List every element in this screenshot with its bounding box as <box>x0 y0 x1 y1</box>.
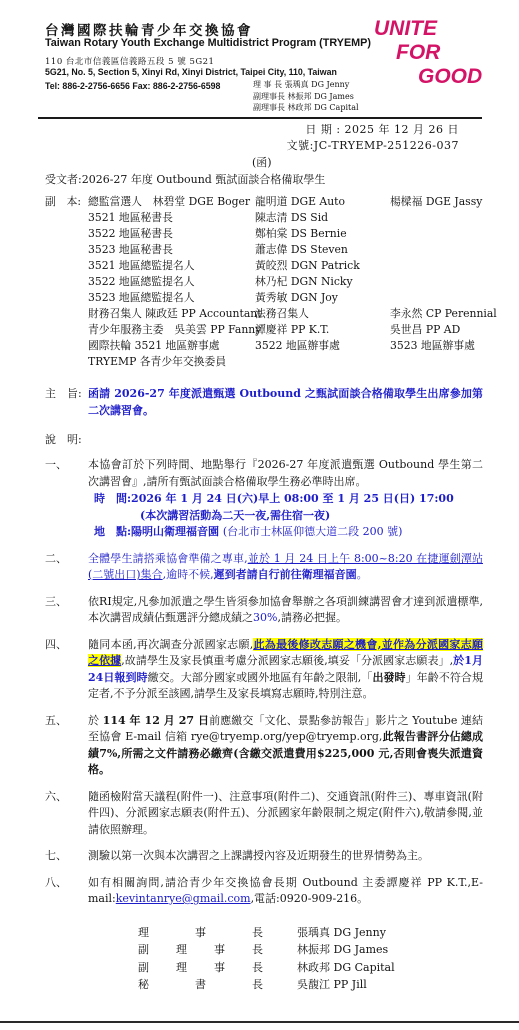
cc-row: TRYEMP 各青少年交換委員 <box>88 354 497 370</box>
item-number: 六、 <box>45 789 88 839</box>
recipient-label: 受文者: <box>45 173 82 186</box>
email-link[interactable]: kevintanrye@gmail.com <box>116 892 251 905</box>
time-place-block: 時 間:2026 年 1 月 24 日(六)早上 08:00 至 1 月 25 … <box>88 491 483 541</box>
text-run: 隨同本函,再次調查分派國家志願, <box>88 638 253 651</box>
officer-line: 理 事 長 張瑀真 DG Jenny <box>253 79 359 91</box>
sub-line: 時 間:2026 年 1 月 24 日(六)早上 08:00 至 1 月 25 … <box>88 491 483 508</box>
cc-cell <box>390 290 497 306</box>
signature-name: 林振邦 DG James <box>297 941 388 959</box>
cc-cell: 青少年服務主委 吳美雲 PP Fanny <box>88 322 255 338</box>
doc-type: (函) <box>252 154 483 170</box>
cc-cell <box>390 354 497 370</box>
explanation-item: 二、全體學生請搭乘協會準備之專車,並於 1 月 24 日上午 8:00~8:20… <box>45 551 483 584</box>
cc-row: 3523 地區秘書長蕭志偉 DS Steven <box>88 242 497 258</box>
explanation-item: 七、測驗以第一次與本次講習之上課講授內容及近期發生的世界情勢為主。 <box>45 848 483 865</box>
cc-cell: 總監當選人 林碧堂 DGE Boger <box>88 194 255 210</box>
cc-cell: 3523 地區總監提名人 <box>88 290 255 306</box>
sub-line: (本次講習活動為二天一夜,需住宿一夜) <box>88 508 483 525</box>
item-number: 二、 <box>45 551 88 584</box>
cc-cell <box>390 210 497 226</box>
cc-cell <box>390 274 497 290</box>
signature-name: 吳馥江 PP Jill <box>297 976 367 994</box>
text-run: 出發時 <box>372 671 405 684</box>
explanation-item: 八、如有相關詢問,請洽青少年交換協會長期 Outbound 主委譚慶祥 PP K… <box>45 875 483 908</box>
cc-row: 3522 地區總監提名人林乃杞 DGN Nicky <box>88 274 497 290</box>
item-number: 三、 <box>45 594 88 627</box>
item-text: 全體學生請搭乘協會準備之專車,並於 1 月 24 日上午 8:00~8:20 在… <box>88 551 483 584</box>
text-run: 隨函檢附當天議程(附件一)、注意事項(附件二)、交通資訊(附件三)、專車資訊(附… <box>88 790 483 836</box>
header-divider <box>38 117 482 119</box>
address-zh: 110 台北市信義區信義路五段 5 號 5G21 <box>45 55 214 67</box>
text-run: 測驗以第一次與本次講習之上課講授內容及近期發生的世界情勢為主。 <box>88 849 429 862</box>
signature-title: 理 事 長 <box>138 924 263 942</box>
signature-block: 理 事 長張瑀真 DG Jenny副 理 事 長林振邦 DG James副 理 … <box>138 924 483 994</box>
cc-cell: 龍明道 DGE Auto <box>255 194 390 210</box>
logo-line: UNITE <box>374 17 482 41</box>
logo-line: GOOD <box>418 65 482 89</box>
cc-cell: 李永然 CP Perennial <box>390 306 497 322</box>
address-en: 5G21, No. 5, Section 5, Xinyi Rd, Xinyi … <box>45 67 337 77</box>
item-number: 四、 <box>45 637 88 703</box>
logo-line: FOR <box>396 41 482 65</box>
cc-row: 財務召集人 陳政廷 PP Accountant法務召集人李永然 CP Peren… <box>88 306 497 322</box>
signature-row: 副 理 事 長林振邦 DG James <box>138 941 483 959</box>
cc-cell <box>255 354 390 370</box>
unite-for-good-logo: UNITEFORGOOD <box>374 17 482 89</box>
item-text: 依RI規定,凡參加派遣之學生皆須參加協會舉辦之各項訓練講習會才達到派遣標準,本次… <box>88 594 483 627</box>
text-run: 時 間:2026 年 1 月 24 日(六)早上 08:00 至 1 月 25 … <box>94 492 454 505</box>
item-text: 隨同本函,再次調查分派國家志願,此為最後修改志願之機會,並作為分派國家志願之依據… <box>88 637 483 703</box>
cc-row: 3523 地區總監提名人黃秀敏 DGN Joy <box>88 290 497 306</box>
cc-cell <box>390 226 497 242</box>
text-run: ,請務必把握。 <box>277 611 347 624</box>
sub-line: 地 點:陽明山衛理福音園 (台北市士林區仰德大道二段 200 號) <box>88 524 483 541</box>
cc-cell: TRYEMP 各青少年交換委員 <box>88 354 255 370</box>
item-text: 隨函檢附當天議程(附件一)、注意事項(附件二)、交通資訊(附件三)、專車資訊(附… <box>88 789 483 839</box>
item-number: 七、 <box>45 848 88 865</box>
cc-row: 國際扶輪 3521 地區辦事處3522 地區辦事處3523 地區辦事處 <box>88 338 497 354</box>
officer-line: 副理事長 林政邦 DG Capital <box>253 102 359 114</box>
text-run: 繳交。大部分國家或國外地區有年齡之限制,「 <box>148 671 373 684</box>
org-name-en: Taiwan Rotary Youth Exchange Multidistri… <box>45 37 371 49</box>
cc-cell: 譚慶祥 PP K.T. <box>255 322 390 338</box>
explanation-item: 六、隨函檢附當天議程(附件一)、注意事項(附件二)、交通資訊(附件三)、專車資訊… <box>45 789 483 839</box>
text-run: 於 <box>88 714 103 727</box>
cc-cell: 蕭志偉 DS Steven <box>255 242 390 258</box>
tel-fax-line: Tel: 886-2-2756-6656 Fax: 886-2-2756-659… <box>45 81 220 91</box>
item-text: 測驗以第一次與本次講習之上課講授內容及近期發生的世界情勢為主。 <box>88 848 483 865</box>
text-run: (本次講習活動為二天一夜,需住宿一夜) <box>140 509 330 522</box>
item-text: 如有相關詢問,請洽青少年交換協會長期 Outbound 主委譚慶祥 PP K.T… <box>88 875 483 908</box>
subject-text: 函請 2026-27 年度派遣甄選 Outbound 之甄試面談合格備取學生出席… <box>88 385 483 419</box>
cc-cell: 3521 地區總監提名人 <box>88 258 255 274</box>
cc-cell: 吳世昌 PP AD <box>390 322 497 338</box>
signature-title: 副 理 事 長 <box>138 941 263 959</box>
cc-row: 3521 地區秘書長陳志清 DS Sid <box>88 210 497 226</box>
cc-cell: 黃皎烈 DGN Patrick <box>255 258 390 274</box>
letterhead: 台灣國際扶輪青少年交換協會 Taiwan Rotary Youth Exchan… <box>0 0 519 118</box>
text-run: 114 年 12 月 27 日 <box>103 714 209 727</box>
cc-cell: 3521 地區秘書長 <box>88 210 255 226</box>
officer-line: 副理事長 林振邦 DG James <box>253 91 359 103</box>
text-run: ,故請學生及家長慎重考慮分派國家志願後,填妥「分派國家志願表」, <box>121 654 453 667</box>
signature-title: 副 理 事 長 <box>138 959 263 977</box>
text-run: 全體學生請搭乘協會準備之專車, <box>88 552 248 565</box>
cc-cell <box>390 258 497 274</box>
text-run: ,逾時不候, <box>163 568 214 581</box>
signature-name: 張瑀真 DG Jenny <box>297 924 386 942</box>
cc-cell: 黃秀敏 DGN Joy <box>255 290 390 306</box>
cc-cell: 3522 地區秘書長 <box>88 226 255 242</box>
text-run: 30% <box>253 611 277 624</box>
explanation-item: 一、本協會訂於下列時間、地點舉行『2026-27 年度派遣甄選 Outbound… <box>45 457 483 541</box>
explanation-item: 三、依RI規定,凡參加派遣之學生皆須參加協會舉辦之各項訓練講習會才達到派遣標準,… <box>45 594 483 627</box>
officer-list: 理 事 長 張瑀真 DG Jenny副理事長 林振邦 DG James副理事長 … <box>253 79 359 114</box>
footer-divider <box>0 1021 519 1023</box>
recipient-value: 2026-27 年度 Outbound 甄試面談合格備取學生 <box>82 173 326 186</box>
explanation-item: 五、於 114 年 12 月 27 日前應繳交「文化、景點參訪報告」影片之 Yo… <box>45 713 483 779</box>
item-number: 一、 <box>45 457 88 541</box>
cc-label: 副 本: <box>45 194 88 370</box>
item-number: 五、 <box>45 713 88 779</box>
letter-body: 日 期 : 2025 年 12 月 26 日 文號:JC-TRYEMP-2512… <box>45 122 483 994</box>
cc-cell: 3522 地區總監提名人 <box>88 274 255 290</box>
cc-cell: 法務召集人 <box>255 306 390 322</box>
signature-row: 秘 書 長吳馥江 PP Jill <box>138 976 483 994</box>
cc-row: 3522 地區秘書長鄭柏棠 DS Bernie <box>88 226 497 242</box>
item-text: 本協會訂於下列時間、地點舉行『2026-27 年度派遣甄選 Outbound 學… <box>88 457 483 541</box>
text-run: 地 點:陽明山衛理福音園 <box>94 525 223 538</box>
cc-cell: 國際扶輪 3521 地區辦事處 <box>88 338 255 354</box>
cc-cell: 陳志清 DS Sid <box>255 210 390 226</box>
cc-cell: 財務召集人 陳政廷 PP Accountant <box>88 306 255 322</box>
cc-row: 總監當選人 林碧堂 DGE Boger龍明道 DGE Auto楊樑福 DGE J… <box>88 194 497 210</box>
signature-row: 副 理 事 長林政邦 DG Capital <box>138 959 483 977</box>
text-run: 。 <box>357 568 368 581</box>
cc-cell: 楊樑福 DGE Jassy <box>390 194 497 210</box>
signature-row: 理 事 長張瑀真 DG Jenny <box>138 924 483 942</box>
cc-cell: 鄭柏棠 DS Bernie <box>255 226 390 242</box>
items: 一、本協會訂於下列時間、地點舉行『2026-27 年度派遣甄選 Outbound… <box>45 457 483 908</box>
item-text: 於 114 年 12 月 27 日前應繳交「文化、景點參訪報告」影片之 Yout… <box>88 713 483 779</box>
recipient-line: 受文者:2026-27 年度 Outbound 甄試面談合格備取學生 <box>45 171 483 187</box>
item-number: 八、 <box>45 875 88 908</box>
text-run: 函請 2026-27 年度派遣甄選 Outbound 之甄試面談合格備取學生出席… <box>88 387 483 417</box>
text-run: ,電話:0920-909-216。 <box>251 892 369 905</box>
cc-table: 總監當選人 林碧堂 DGE Boger龍明道 DGE Auto楊樑福 DGE J… <box>88 194 497 370</box>
cc-cell: 林乃杞 DGN Nicky <box>255 274 390 290</box>
cc-cell: 3522 地區辦事處 <box>255 338 390 354</box>
signature-title: 秘 書 長 <box>138 976 263 994</box>
text-run: (台北市士林區仰德大道二段 200 號) <box>223 525 403 538</box>
explanation-label: 說 明: <box>45 431 483 447</box>
explanation-item: 四、隨同本函,再次調查分派國家志願,此為最後修改志願之機會,並作為分派國家志願之… <box>45 637 483 703</box>
cc-cell <box>390 242 497 258</box>
text-run: 本協會訂於下列時間、地點舉行『2026-27 年度派遣甄選 Outbound 學… <box>88 458 483 488</box>
org-name-zh: 台灣國際扶輪青少年交換協會 <box>45 19 253 39</box>
signature-name: 林政邦 DG Capital <box>297 959 395 977</box>
text-run: 遲到者請自行前往衛理福音園 <box>214 568 357 581</box>
cc-row: 3521 地區總監提名人黃皎烈 DGN Patrick <box>88 258 497 274</box>
date-line: 日 期 : 2025 年 12 月 26 日 <box>45 122 459 138</box>
cc-row: 青少年服務主委 吳美雲 PP Fanny譚慶祥 PP K.T.吳世昌 PP AD <box>88 322 497 338</box>
subject-label: 主 旨: <box>45 385 88 419</box>
cc-cell: 3523 地區辦事處 <box>390 338 497 354</box>
doc-number: 文號:JC-TRYEMP-251226-037 <box>45 138 459 154</box>
cc-cell: 3523 地區秘書長 <box>88 242 255 258</box>
